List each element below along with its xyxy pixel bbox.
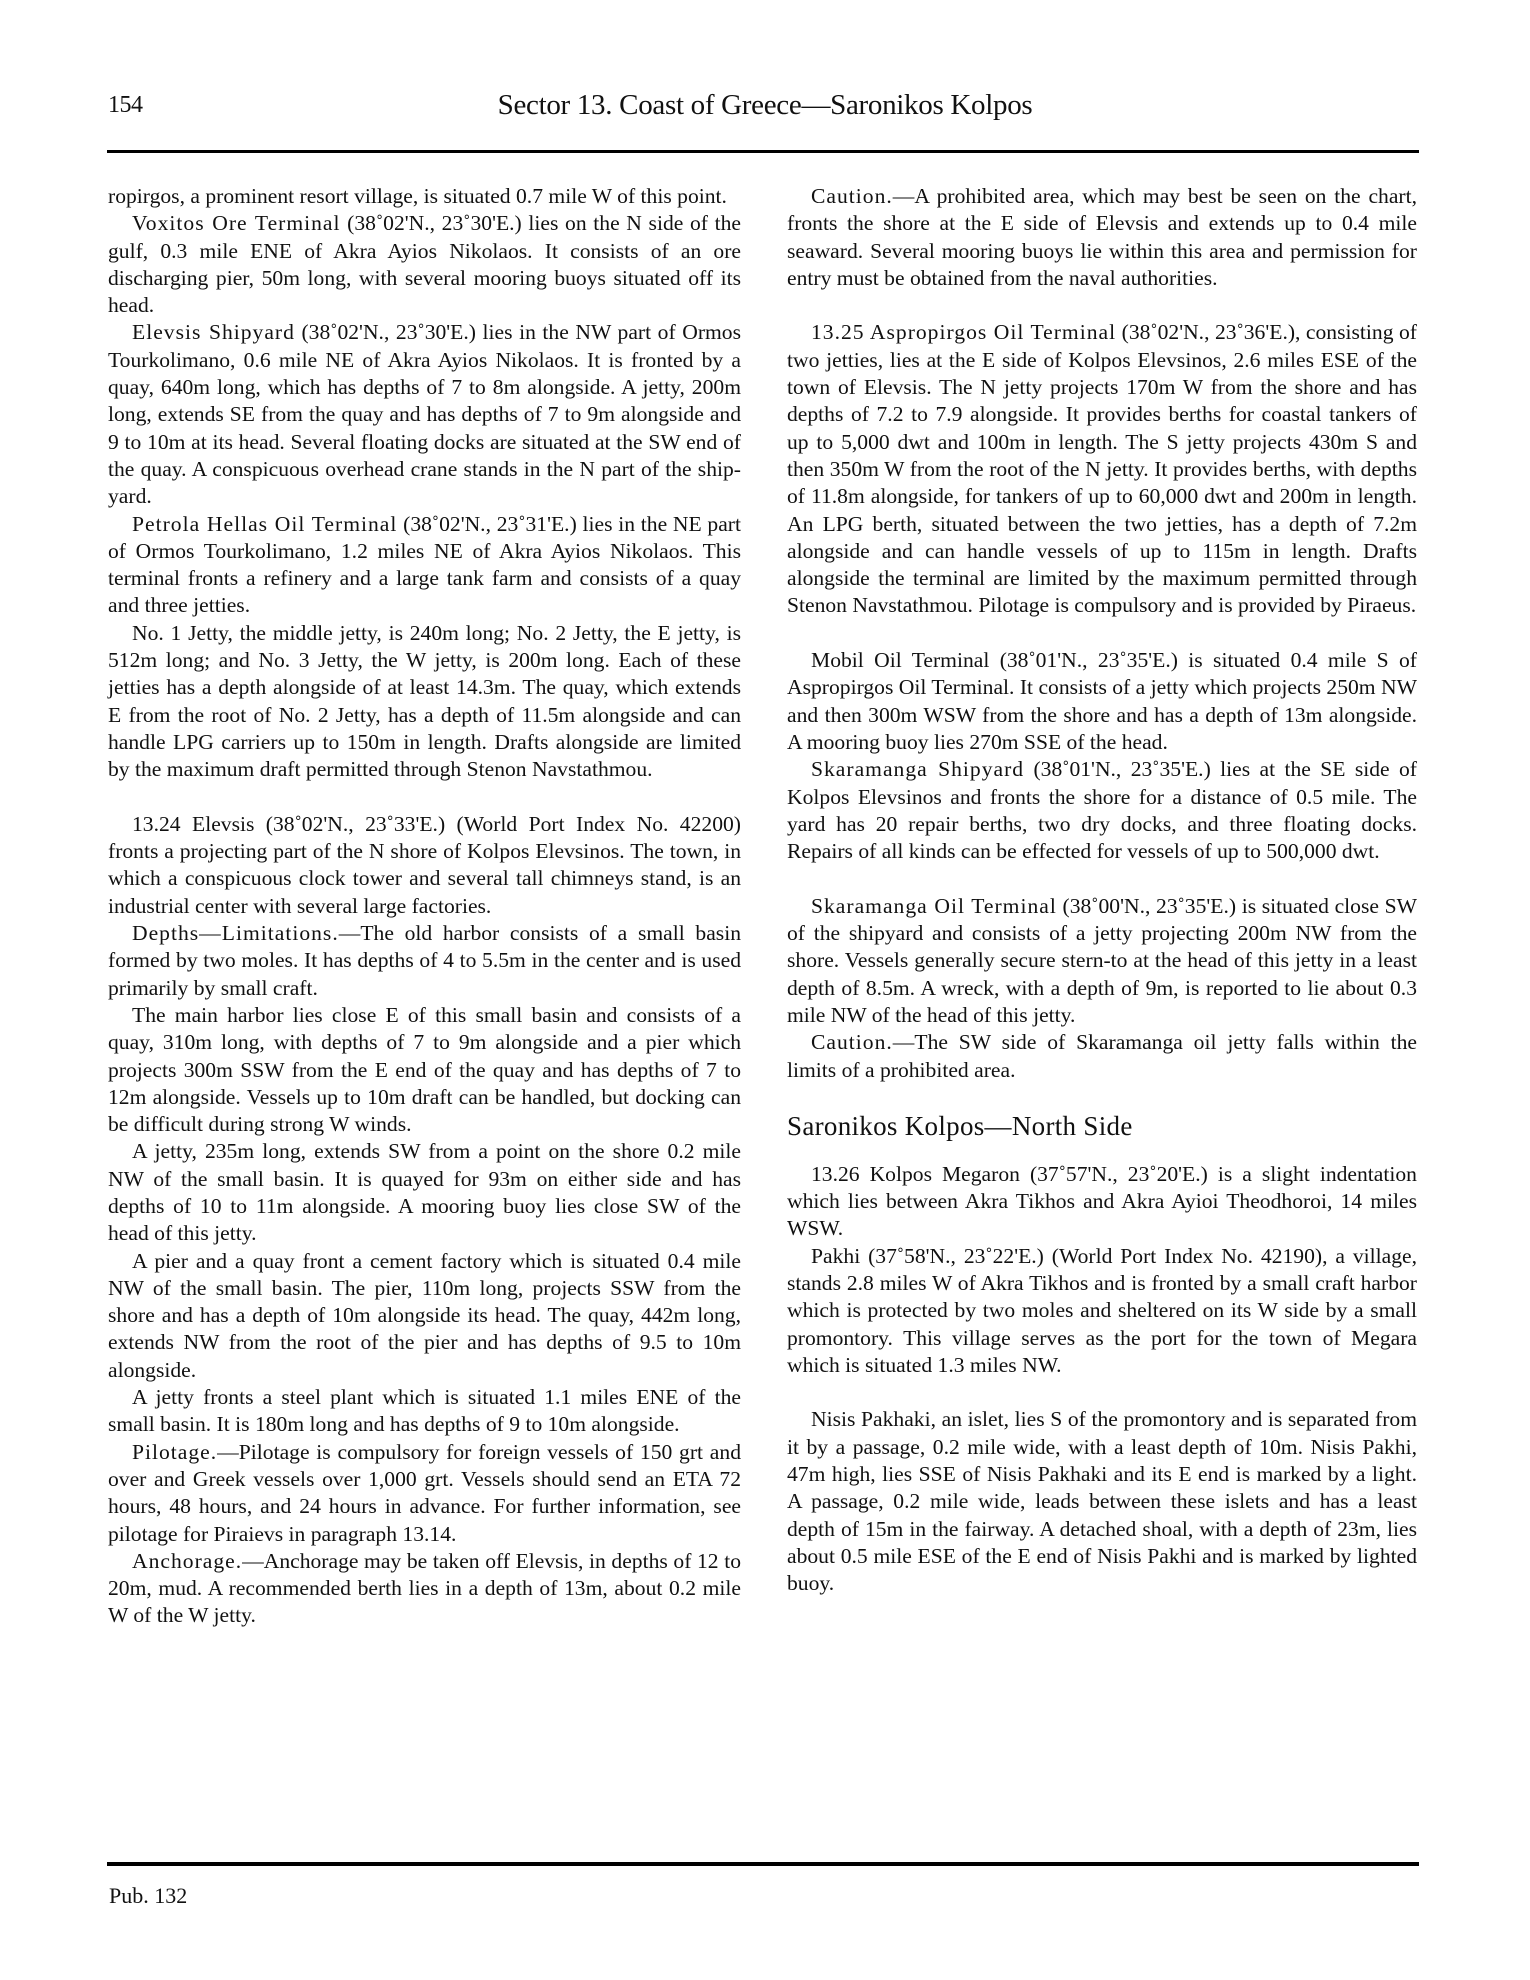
right-column: Caution.—A prohibited area, which may be… [787, 183, 1417, 1598]
paragraph-lead: Voxitos Ore Terminal [132, 211, 341, 235]
paragraph-lead: Pakhi [811, 1244, 860, 1268]
footer-rule [107, 1862, 1419, 1866]
paragraph-lead: Mobil Oil Terminal [811, 648, 989, 672]
paragraph-lead: 13.26 Kolpos Megaron [811, 1162, 1020, 1186]
section-heading: Saronikos Kolpos—North Side [787, 1109, 1417, 1143]
paragraph: The main harbor lies close E of this sma… [108, 1002, 741, 1138]
paragraph: Caution.—The SW side of Skaramanga oil j… [787, 1029, 1417, 1084]
paragraph: Skaramanga Shipyard (38˚01'N., 23˚35'E.)… [787, 756, 1417, 865]
paragraph: 13.25 Aspropirgos Oil Terminal (38˚02'N.… [787, 319, 1417, 619]
publication-label: Pub. 132 [109, 1882, 187, 1910]
paragraph: Skaramanga Oil Terminal (38˚00'N., 23˚35… [787, 893, 1417, 1029]
paragraph: Pilotage.—Pilotage is compulsory for for… [108, 1439, 741, 1548]
paragraph: Elevsis Shipyard (38˚02'N., 23˚30'E.) li… [108, 319, 741, 510]
paragraph: Caution.—A prohibited area, which may be… [787, 183, 1417, 292]
paragraph: Depths—Limitations.—The old harbor consi… [108, 920, 741, 1002]
paragraph-lead: Caution. [811, 1030, 893, 1054]
header-rule [107, 150, 1419, 153]
paragraph: Voxitos Ore Terminal (38˚02'N., 23˚30'E.… [108, 210, 741, 319]
paragraph: 13.26 Kolpos Megaron (37˚57'N., 23˚20'E.… [787, 1161, 1417, 1243]
paragraph: ropirgos, a prominent resort village, is… [108, 183, 741, 210]
paragraph: A jetty, 235m long, extends SW from a po… [108, 1138, 741, 1247]
paragraph-lead: Anchorage. [132, 1549, 242, 1573]
paragraph: Petrola Hellas Oil Terminal (38˚02'N., 2… [108, 511, 741, 620]
paragraph-lead: 13.24 Elevsis [132, 812, 254, 836]
running-title: Sector 13. Coast of Greece—Saronikos Kol… [0, 88, 1530, 122]
paragraph-lead: Pilotage. [132, 1440, 217, 1464]
paragraph: A pier and a quay front a cement factory… [108, 1248, 741, 1384]
paragraph: Anchorage.—Anchorage may be taken off El… [108, 1548, 741, 1630]
paragraph-lead: Elevsis Shipyard [132, 320, 295, 344]
left-column: ropirgos, a prominent resort village, is… [108, 183, 741, 1630]
paragraph: A jetty fronts a steel plant which is si… [108, 1384, 741, 1439]
paragraph-lead: Caution. [811, 184, 893, 208]
paragraph: Mobil Oil Terminal (38˚01'N., 23˚35'E.) … [787, 647, 1417, 756]
paragraph: No. 1 Jetty, the middle jetty, is 240m l… [108, 620, 741, 784]
paragraph-lead: 13.25 Aspropirgos Oil Terminal [811, 320, 1116, 344]
paragraph-lead: Depths—Limitations. [132, 921, 339, 945]
paragraph: Nisis Pakhaki, an islet, lies S of the p… [787, 1406, 1417, 1597]
paragraph-lead: Petrola Hellas Oil Terminal [132, 512, 397, 536]
paragraph: 13.24 Elevsis (38˚02'N., 23˚33'E.) (Worl… [108, 811, 741, 920]
paragraph: Pakhi (37˚58'N., 23˚22'E.) (World Port I… [787, 1243, 1417, 1379]
paragraph-lead: Skaramanga Shipyard [811, 757, 1024, 781]
paragraph-lead: Skaramanga Oil Terminal [811, 894, 1057, 918]
